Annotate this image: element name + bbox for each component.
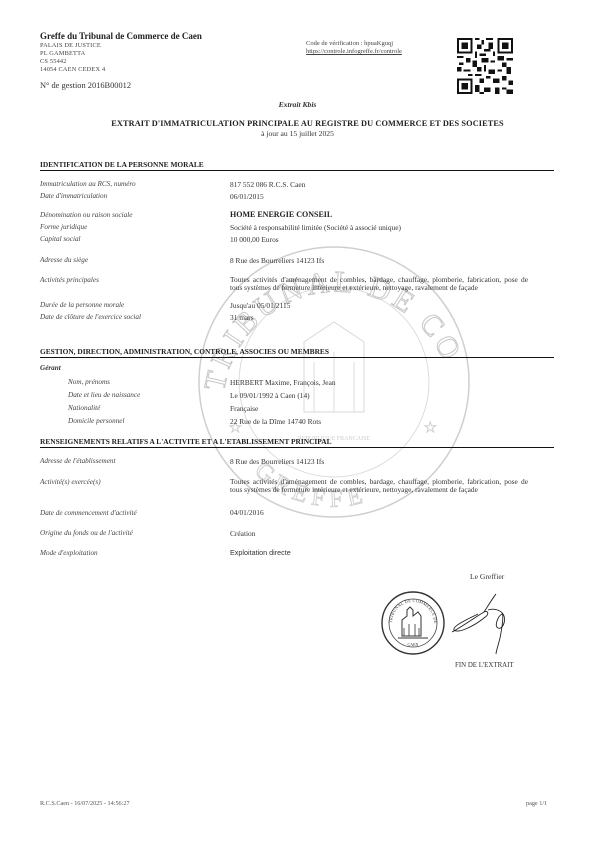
label-duration: Durée de la personne morale	[40, 301, 124, 309]
label-head-office-address: Adresse du siège	[40, 256, 88, 264]
section-management-title: GESTION, DIRECTION, ADMINISTRATION, CONT…	[40, 347, 554, 358]
qr-code-icon	[457, 38, 513, 94]
greffier-label: Le Greffier	[470, 572, 504, 581]
value-operating-mode: Exploitation directe	[230, 548, 291, 557]
label-activities: Activité(s) exercée(s)	[40, 478, 101, 486]
svg-text:TRIBUNAL DE COMMERCE DE CAEN: TRIBUNAL DE COMMERCE DE CAEN	[380, 590, 438, 624]
label-home-address: Domicile personnel	[68, 417, 125, 425]
label-origin: Origine du fonds ou de l'activité	[40, 529, 133, 537]
label-birth: Date et lieu de naissance	[68, 391, 140, 399]
label-full-name: Nom, prénoms	[68, 378, 110, 386]
value-fiscal-year-end: 31 mars	[230, 313, 254, 322]
verification-code: Code de vérification : hpuaKguqj	[306, 40, 393, 47]
label-start-date: Date de commencement d'activité	[40, 509, 137, 517]
label-main-activities: Activités principales	[40, 276, 99, 284]
label-capital: Capital social	[40, 235, 81, 243]
label-company-name: Dénomination ou raison sociale	[40, 211, 132, 219]
svg-text:CAEN: CAEN	[408, 642, 419, 647]
document-title: EXTRAIT D'IMMATRICULATION PRINCIPALE AU …	[20, 119, 595, 128]
value-main-activities: Toutes activités d'aménagement de comble…	[230, 276, 528, 291]
svg-text:★: ★	[424, 421, 437, 436]
end-of-extract: FIN DE L'EXTRAIT	[455, 662, 514, 669]
svg-text:TRIBUNAL DE COMMERCE: TRIBUNAL DE COMMERCE	[184, 222, 469, 394]
role-manager: Gérant	[40, 364, 61, 372]
value-rcs-number: 817 552 086 R.C.S. Caen	[230, 180, 305, 189]
value-head-office-address: 8 Rue des Bourreliers 14123 Ifs	[230, 256, 324, 265]
address-line: PL GAMBETTA	[40, 50, 85, 57]
value-nationality: Française	[230, 404, 258, 413]
document-date: à jour au 15 juillet 2025	[0, 129, 595, 138]
address-line: 14054 CAEN CEDEX 4	[40, 66, 105, 73]
label-registration-date: Date d'immatriculation	[40, 192, 107, 200]
value-birth: Le 09/01/1992 à Caen (14)	[230, 391, 310, 400]
label-establishment-address: Adresse de l'établissement	[40, 457, 116, 465]
value-company-name: HOME ENERGIE CONSEIL	[230, 210, 332, 219]
greffier-signature	[448, 588, 518, 658]
section-activity-title: RENSEIGNEMENTS RELATIFS A L'ACTIVITE ET …	[40, 437, 554, 448]
gestion-number: N° de gestion 2016B00012	[40, 81, 131, 90]
label-legal-form: Forme juridique	[40, 223, 87, 231]
label-fiscal-year-end: Date de clôture de l'exercice social	[40, 313, 141, 321]
label-operating-mode: Mode d'exploitation	[40, 549, 98, 557]
address-line: PALAIS DE JUSTICE	[40, 42, 101, 49]
greffe-organization: Greffe du Tribunal de Commerce de Caen	[40, 31, 202, 41]
label-rcs-number: Immatriculation au RCS, numéro	[40, 180, 136, 188]
value-home-address: 22 Rue de la Dîme 14740 Rots	[230, 417, 321, 426]
value-capital: 10 000,00 Euros	[230, 235, 279, 244]
extract-type: Extrait Kbis	[0, 100, 595, 109]
footer-page-number: page 1/1	[526, 800, 547, 807]
value-duration: Jusqu'au 05/01/2115	[230, 301, 290, 310]
value-origin: Création	[230, 529, 255, 538]
value-registration-date: 06/01/2015	[230, 192, 264, 201]
verification-link[interactable]: https://controle.infogreffe.fr/controle	[306, 48, 402, 55]
value-start-date: 04/01/2016	[230, 508, 264, 517]
value-full-name: HERBERT Maxime, François, Jean	[230, 378, 336, 387]
value-establishment-address: 8 Rue des Bourreliers 14123 Ifs	[230, 457, 324, 466]
court-seal-icon: TRIBUNAL DE COMMERCE DE CAEN CAEN	[380, 590, 446, 656]
address-line: CS 55442	[40, 58, 67, 65]
value-activities: Toutes activités d'aménagement de comble…	[230, 478, 528, 493]
value-legal-form: Société à responsabilité limitée (Sociét…	[230, 223, 401, 232]
footer-timestamp: R.C.S.Caen - 16/07/2025 - 14:56:27	[40, 800, 130, 807]
section-identification-title: IDENTIFICATION DE LA PERSONNE MORALE	[40, 160, 554, 171]
label-nationality: Nationalité	[68, 404, 100, 412]
